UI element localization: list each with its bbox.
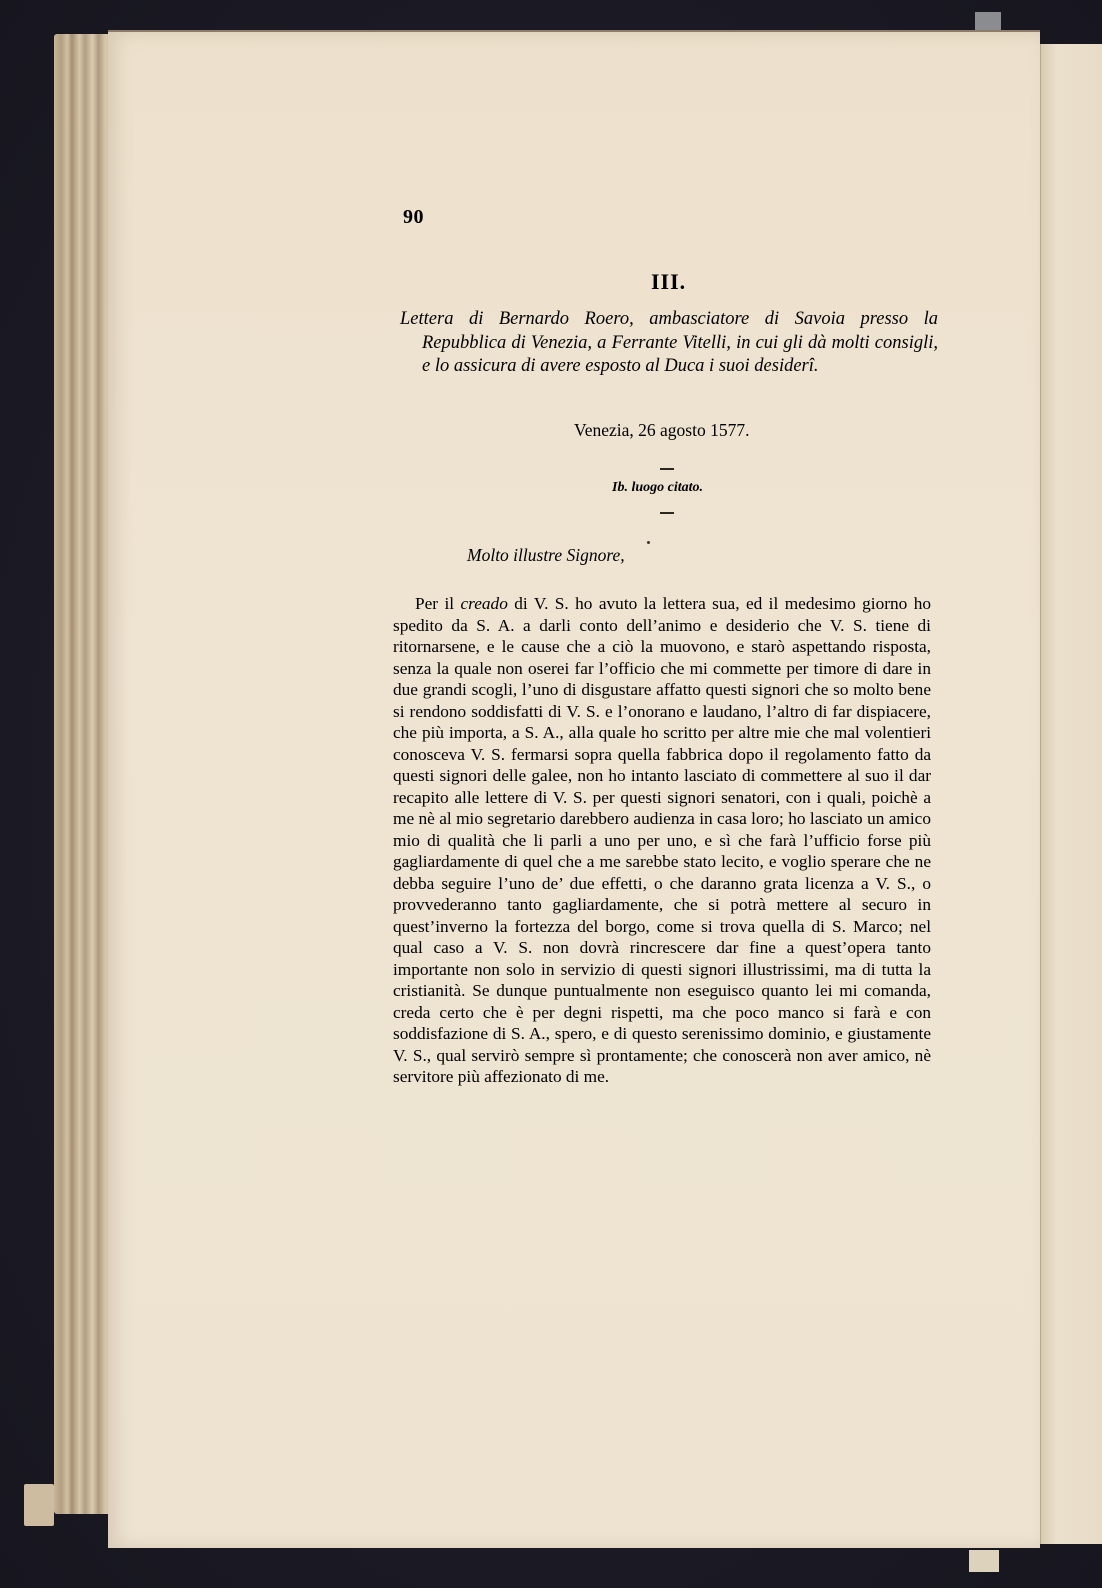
page-number: 90 xyxy=(403,206,424,229)
facing-page-edge xyxy=(1040,44,1102,1544)
letter-dateline: Venezia, 26 agosto 1577. xyxy=(574,420,749,441)
page-stack-tab xyxy=(24,1484,54,1526)
letter-body: Per il creado di V. S. ho avuto la lette… xyxy=(393,593,931,1088)
letter-salutation: Molto illustre Signore, xyxy=(467,545,625,566)
source-citation: Ib. luogo citato. xyxy=(612,480,703,496)
bookmark-strip-bottom xyxy=(969,1550,999,1572)
body-italic-word: creado xyxy=(460,594,507,613)
page-stack-edge xyxy=(54,34,114,1514)
ink-speck xyxy=(647,541,650,544)
body-rest: di V. S. ho avuto la lettera sua, ed il … xyxy=(393,594,931,1086)
separator-dash xyxy=(660,512,674,514)
section-numeral: III. xyxy=(651,269,686,295)
letter-summary: Lettera di Bernardo Roero, ambasciatore … xyxy=(400,308,938,379)
body-paragraph: Per il creado di V. S. ho avuto la lette… xyxy=(393,593,931,1088)
separator-dash xyxy=(660,468,674,470)
body-prefix: Per il xyxy=(415,594,460,613)
